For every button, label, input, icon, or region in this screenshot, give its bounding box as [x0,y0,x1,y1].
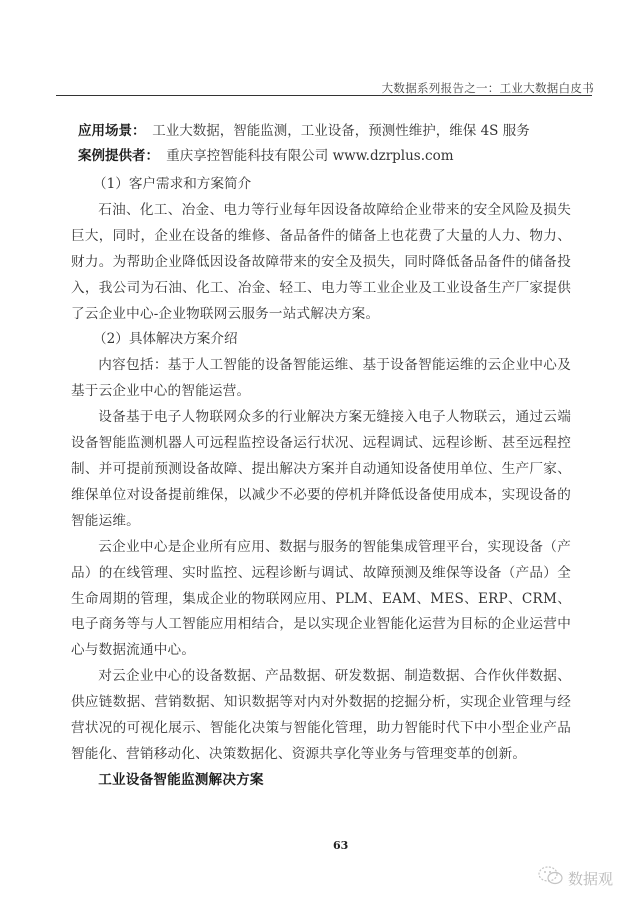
provider-row: 案例提供者： 重庆享控智能科技有限公司 www.dzrplus.com [78,146,454,166]
watermark: 数据观 [538,866,613,890]
running-header: 大数据系列报告之一：工业大数据白皮书 [382,80,594,96]
section-2-title: （2）具体解决方案介绍 [71,327,571,353]
section-3-heading: 工业设备智能监测解决方案 [71,768,571,794]
section-1-paragraph: 石油、化工、冶金、电力等行业每年因设备故障给企业带来的安全风险及损失巨大，同时，… [71,198,571,328]
section-2-paragraph-2: 设备基于电子人物联网众多的行业解决方案无缝接入电子人物联云，通过云端设备智能监测… [71,405,571,535]
body-content: （1）客户需求和方案简介 石油、化工、冶金、电力等行业每年因设备故障给企业带来的… [71,172,571,794]
provider-label: 案例提供者： [78,146,162,166]
section-2-paragraph-4: 对云企业中心的设备数据、产品数据、研发数据、制造数据、合作伙伴数据、供应链数据、… [71,664,571,768]
wechat-icon [538,866,564,890]
page-number: 63 [333,839,348,852]
section-2-paragraph-1: 内容包括：基于人工智能的设备智能运维、基于设备智能运维的云企业中心及基于云企业中… [71,353,571,405]
section-2-paragraph-3: 云企业中心是企业所有应用、数据与服务的智能集成管理平台，实现设备（产品）的在线管… [71,535,571,665]
header-rule [56,95,592,96]
provider-value: 重庆享控智能科技有限公司 www.dzrplus.com [166,148,453,164]
scenario-row: 应用场景： 工业大数据，智能监测，工业设备，预测性维护，维保 4S 服务 [78,121,530,141]
scenario-value: 工业大数据，智能监测，工业设备，预测性维护，维保 4S 服务 [152,123,529,139]
scenario-label: 应用场景： [78,121,148,141]
watermark-text: 数据观 [568,868,613,889]
section-1-title: （1）客户需求和方案简介 [71,172,571,198]
